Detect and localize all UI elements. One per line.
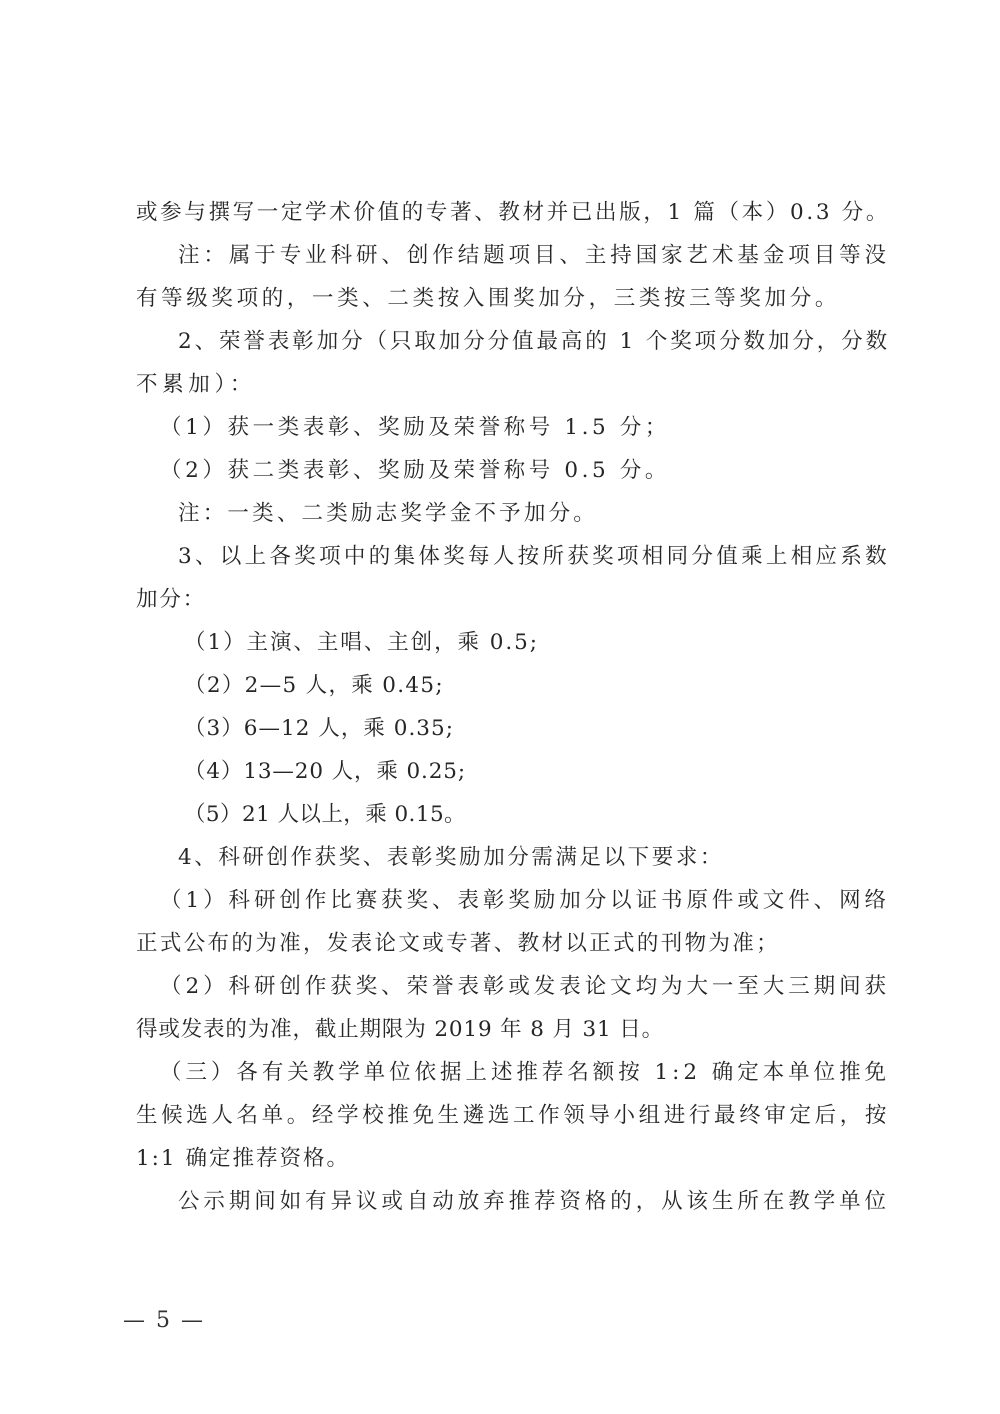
text-line: （2）2—5 人，乘 0.45; [184, 671, 444, 701]
text-line: 注：一类、二类励志奖学金不予加分。 [178, 499, 598, 529]
text-line: 不累加）： [136, 370, 256, 400]
text-line: （三）各有关教学单位依据上述推荐名额按 1:2 确定本单位推免 [160, 1058, 890, 1088]
text-line: （3）6—12 人，乘 0.35; [184, 714, 454, 744]
text-line: 生候选人名单。经学校推免生遴选工作领导小组进行最终审定后，按 [136, 1101, 890, 1131]
text-line: 得或发表的为准，截止期限为 2019 年 8 月 31 日。 [136, 1015, 664, 1045]
text-line: 1:1 确定推荐资格。 [136, 1144, 350, 1174]
text-line: 加分： [136, 585, 206, 615]
document-page: 或参与撰写一定学术价值的专著、教材并已出版，1 篇（本）0.3 分。注：属于专业… [0, 0, 1000, 1414]
text-line: 2、荣誉表彰加分（只取加分分值最高的 1 个奖项分数加分，分数 [178, 327, 890, 357]
text-line: 公示期间如有异议或自动放弃推荐资格的，从该生所在教学单位 [178, 1187, 890, 1217]
text-line: 3、以上各奖项中的集体奖每人按所获奖项相同分值乘上相应系数 [178, 542, 890, 572]
text-line: （2）科研创作获奖、荣誉表彰或发表论文均为大一至大三期间获 [160, 972, 890, 1002]
text-line: （1）科研创作比赛获奖、表彰奖励加分以证书原件或文件、网络 [160, 886, 890, 916]
text-line: 有等级奖项的，一类、二类按入围奖加分，三类按三等奖加分。 [136, 284, 840, 314]
text-line: 或参与撰写一定学术价值的专著、教材并已出版，1 篇（本）0.3 分。 [136, 198, 890, 228]
text-line: （4）13—20 人，乘 0.25; [184, 757, 466, 787]
page-number: — 5 — [123, 1306, 205, 1336]
text-line: （5）21 人以上，乘 0.15。 [184, 800, 466, 830]
text-line: （2）获二类表彰、奖励及荣誉称号 0.5 分。 [160, 456, 670, 486]
text-line: （1）主演、主唱、主创，乘 0.5; [184, 628, 539, 658]
text-line: 正式公布的为准，发表论文或专著、教材以正式的刊物为准； [136, 929, 780, 959]
text-line: （1）获一类表彰、奖励及荣誉称号 1.5 分； [160, 413, 670, 443]
text-line: 注：属于专业科研、创作结题项目、主持国家艺术基金项目等没 [178, 241, 890, 271]
text-line: 4、科研创作获奖、表彰奖励加分需满足以下要求： [178, 843, 724, 873]
